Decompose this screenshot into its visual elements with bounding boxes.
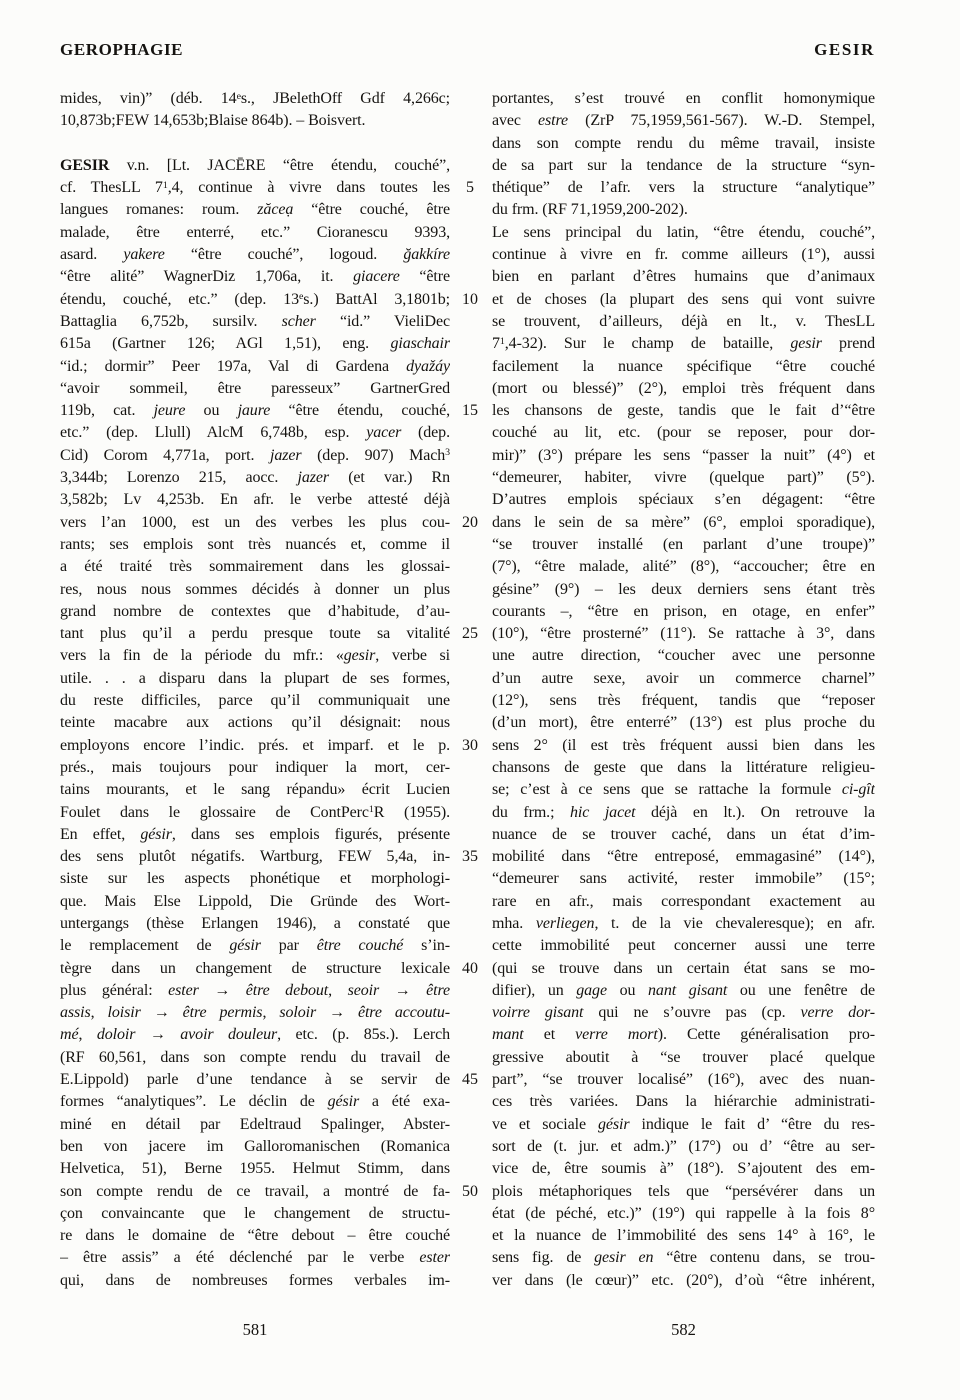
text-line: état (de péché, etc.)” (19°) qui rappell… bbox=[492, 1203, 875, 1225]
text-line: untergangs (thèse Erlangen 1946), a cons… bbox=[60, 913, 450, 935]
text-line: “demeurer sans activité, rester immobile… bbox=[492, 868, 875, 890]
text-line: son compte rendu de ce travail, a montré… bbox=[60, 1181, 450, 1203]
text-line: tant plus qu’il a perdu presque toute sa… bbox=[60, 623, 450, 645]
text-line: gésine” (9°) – les deux derniers sens ét… bbox=[492, 579, 875, 601]
text-line: bien en parlant d’êtres humains que d’an… bbox=[492, 266, 875, 288]
line-number: 50 bbox=[446, 1181, 494, 1203]
text-line: étendu, couché, etc.” (dep. 13es.) BattA… bbox=[60, 289, 450, 311]
page-number-right: 582 bbox=[492, 1320, 875, 1340]
text-line: mir)” (3°) prépare les sens “passer la n… bbox=[492, 445, 875, 467]
text-line: (d’un mort), être enterré” (13°) est plu… bbox=[492, 712, 875, 734]
text-line: (10°), “être prosterné” (11°). Se rattac… bbox=[492, 623, 875, 645]
blank-line bbox=[60, 133, 450, 155]
text-line: Foulet dans le glossaire de ContPerc1R (… bbox=[60, 802, 450, 824]
line-number-gutter: 5101520253035404550 bbox=[446, 88, 494, 1293]
text-line: Cid) Corom 4,771a, port. jazer (dep. 907… bbox=[60, 445, 450, 467]
line-number: 15 bbox=[446, 400, 494, 422]
text-line: facilement la nuance spécifique “être co… bbox=[492, 356, 875, 378]
text-line: prés., mais toujours pour indiquer la mo… bbox=[60, 757, 450, 779]
text-line: 3,582b; Lv 4,253b. En afr. le verbe atte… bbox=[60, 489, 450, 511]
text-line: Le sens principal du latin, “être étendu… bbox=[492, 222, 875, 244]
text-line: 615a (Gartner 126; AGl 1,51), eng. giasc… bbox=[60, 333, 450, 355]
text-line: vers la fin de la période du mfr.: «gesi… bbox=[60, 645, 450, 667]
text-line: qui, dans de nombreuses formes verbales … bbox=[60, 1270, 450, 1292]
text-line: (qui se trouve dans un certain état sans… bbox=[492, 958, 875, 980]
dictionary-page-scan: GEROPHAGIE GESIR mides, vin)” (déb. 14es… bbox=[0, 0, 960, 1400]
text-line: du frm.; hic jacet déjà en lt.). On retr… bbox=[492, 802, 875, 824]
text-line: le remplacement de gésir par être couché… bbox=[60, 935, 450, 957]
text-line: assis, loisir → être permis, soloir → êt… bbox=[60, 1002, 450, 1024]
text-line: du reste difficiles, parce qu’il communi… bbox=[60, 690, 450, 712]
line-number: 30 bbox=[446, 735, 494, 757]
text-line: se; c’est à ce sens que se rattache la f… bbox=[492, 779, 875, 801]
text-line: ces très variées. Dans la hiérarchie adm… bbox=[492, 1091, 875, 1113]
text-line: chansons de geste que dans la littératur… bbox=[492, 757, 875, 779]
text-line: gressive aboutit à “se trouver placé que… bbox=[492, 1047, 875, 1069]
text-line: siste sur les aspects phonétique et morp… bbox=[60, 868, 450, 890]
line-number: 10 bbox=[446, 289, 494, 311]
line-number: 45 bbox=[446, 1069, 494, 1091]
text-line: et la nuance de l’immobilité des sens 14… bbox=[492, 1225, 875, 1247]
left-text-column: mides, vin)” (déb. 14es., JBelethOff Gdf… bbox=[60, 88, 450, 1292]
text-line: mé, doloir → avoir douleur, etc. (p. 85s… bbox=[60, 1024, 450, 1046]
text-line: çon convaincante que le changement de st… bbox=[60, 1203, 450, 1225]
text-line: une autre direction, “coucher avec une p… bbox=[492, 645, 875, 667]
text-line: 119b, cat. jeure ou jaure “être étendu, … bbox=[60, 400, 450, 422]
text-line: nuance de se trouver caché, dans un état… bbox=[492, 824, 875, 846]
right-text-column: portantes, s’est trouvé en conflit homon… bbox=[492, 88, 875, 1292]
text-line: cette immobilité peut concerner aussi un… bbox=[492, 935, 875, 957]
text-line: que. Mais Else Lippold, Die Gründe des W… bbox=[60, 891, 450, 913]
text-line: difier), un gage ou nant gisant ou une f… bbox=[492, 980, 875, 1002]
text-line: utile. . . a disparu dans la plupart de … bbox=[60, 668, 450, 690]
text-line: plus général: ester → être debout, seoir… bbox=[60, 980, 450, 1002]
text-line: ben von jacere im Galloromanischen (Roma… bbox=[60, 1136, 450, 1158]
text-line: mant et verre mort). Cette généralisatio… bbox=[492, 1024, 875, 1046]
text-line: 71,4-32). Sur le champ de bataille, gesi… bbox=[492, 333, 875, 355]
text-line: etc.” (dep. Llull) AlcM 6,748b, esp. yac… bbox=[60, 422, 450, 444]
page-number-left: 581 bbox=[60, 1320, 450, 1340]
text-line: formes “analytiques”. Le déclin de gésir… bbox=[60, 1091, 450, 1113]
text-line: 3,344b; Lorenzo 215, aocc. jazer (et var… bbox=[60, 467, 450, 489]
text-line: ve et sociale gésir indique le fait d’ “… bbox=[492, 1114, 875, 1136]
text-line: avec estre (ZrP 75,1959,561-567). W.-D. … bbox=[492, 110, 875, 132]
text-line: “avoir sommeil, être paresseux” GartnerG… bbox=[60, 378, 450, 400]
text-line: d’un autre sexe, avoir un commerce charn… bbox=[492, 668, 875, 690]
text-line: En effet, gésir, dans ses emplois figuré… bbox=[60, 824, 450, 846]
text-line: miné en détail par Edeltraud Spalinger, … bbox=[60, 1114, 450, 1136]
running-head-left: GEROPHAGIE bbox=[60, 40, 183, 60]
text-line: res, nous nous sommes décidés à donner u… bbox=[60, 579, 450, 601]
text-line: langues romanes: roum. zăceạ “être couch… bbox=[60, 199, 450, 221]
text-line: tègre dans un changement de structure le… bbox=[60, 958, 450, 980]
text-line: 10,873b;FEW 14,653b;Blaise 864b). – Bois… bbox=[60, 110, 450, 132]
line-number: 40 bbox=[446, 958, 494, 980]
text-line: plois métaphoriques tels que “persévérer… bbox=[492, 1181, 875, 1203]
text-line: re dans le domaine de “être debout – êtr… bbox=[60, 1225, 450, 1247]
text-line: continue à vivre en fr. comme ailleurs (… bbox=[492, 244, 875, 266]
text-line: ver dans (le cœur)” etc. (20°), d’où “êt… bbox=[492, 1270, 875, 1292]
text-line: sort de (t. jur. et adm.)” (17°) ou d’ “… bbox=[492, 1136, 875, 1158]
text-line: couché au lit, etc. (pour se reposer, po… bbox=[492, 422, 875, 444]
text-line: vice de, être soumis à” (18°). S’ajouten… bbox=[492, 1158, 875, 1180]
text-line: a été traité très sommairement dans les … bbox=[60, 556, 450, 578]
text-line: (mort ou blessé)” (2°), emploi très fréq… bbox=[492, 378, 875, 400]
text-line: GESIR v.n. [Lt. JACĒRE “être étendu, cou… bbox=[60, 155, 450, 177]
text-line: malade, être enterré, etc.” Cioranescu 9… bbox=[60, 222, 450, 244]
text-line: employons encore l’indic. prés. et impar… bbox=[60, 735, 450, 757]
text-line: thétique” de l’afr. vers la structure “a… bbox=[492, 177, 875, 199]
text-line: “id.; dormir” Peer 197a, Val di Gardena … bbox=[60, 356, 450, 378]
text-line: rants; ses emplois sont très nuancés et,… bbox=[60, 534, 450, 556]
text-line: sens 2° (il est très fréquent aussi bien… bbox=[492, 735, 875, 757]
text-line: teinte macabre aux actions qu’il désigna… bbox=[60, 712, 450, 734]
text-line: rare en afr., mais correspondant exactem… bbox=[492, 891, 875, 913]
text-line: tains mourants, et le sang répandu» écri… bbox=[60, 779, 450, 801]
text-line: – être assis” a été déclenché par le ver… bbox=[60, 1247, 450, 1269]
text-line: part”, “se trouver localisé” (16°), avec… bbox=[492, 1069, 875, 1091]
text-line: D’autres emplois spéciaux s’en dégagent:… bbox=[492, 489, 875, 511]
text-line: “demeurer, habiter, vivre (quelque part)… bbox=[492, 467, 875, 489]
text-line: “se trouver installé (en parlant d’une t… bbox=[492, 534, 875, 556]
text-line: et de choses (la plupart des sens qui vo… bbox=[492, 289, 875, 311]
line-number: 20 bbox=[446, 512, 494, 534]
text-line: mha. verliegen, t. de la vie chevaleresq… bbox=[492, 913, 875, 935]
text-line: de sa part sur la tendance de la structu… bbox=[492, 155, 875, 177]
line-number: 35 bbox=[446, 846, 494, 868]
text-line: grand nombre de contextes que d’habitude… bbox=[60, 601, 450, 623]
running-head-right: GESIR bbox=[492, 40, 875, 60]
text-line: sens fig. de gesir en “être contenu dans… bbox=[492, 1247, 875, 1269]
text-line: du frm. (RF 71,1959,200-202). bbox=[492, 199, 875, 221]
text-line: portantes, s’est trouvé en conflit homon… bbox=[492, 88, 875, 110]
text-line: courants –, “être en prison, en otage, e… bbox=[492, 601, 875, 623]
text-line: Battaglia 6,752b, sursilv. scher “id.” V… bbox=[60, 311, 450, 333]
text-line: se trouvent, d’ailleurs, déjà en lt., v.… bbox=[492, 311, 875, 333]
text-line: les chansons de geste, tandis que le fai… bbox=[492, 400, 875, 422]
text-line: voirre gisant qui ne s’ouvre pas (cp. ve… bbox=[492, 1002, 875, 1024]
text-line: “être alité” WagnerDiz 1,706a, it. giace… bbox=[60, 266, 450, 288]
line-number: 25 bbox=[446, 623, 494, 645]
text-line: Helvetica, 51), Berne 1955. Helmut Stimm… bbox=[60, 1158, 450, 1180]
text-line: mides, vin)” (déb. 14es., JBelethOff Gdf… bbox=[60, 88, 450, 110]
text-line: asard. yakere “être couché”, logoud. ğak… bbox=[60, 244, 450, 266]
text-line: cf. ThesLL 71,4, continue à vivre dans t… bbox=[60, 177, 450, 199]
text-line: dans le sein de sa mère” (6°, emploi spo… bbox=[492, 512, 875, 534]
text-line: (RF 60,561, dans son compte rendu du tra… bbox=[60, 1047, 450, 1069]
text-line: dans son compte rendu du même travail, i… bbox=[492, 133, 875, 155]
text-line: E.Lippold) parle d’une tendance à se ser… bbox=[60, 1069, 450, 1091]
text-line: vers l’an 1000, est un des verbes les pl… bbox=[60, 512, 450, 534]
text-line: des sens plutôt négatifs. Wartburg, FEW … bbox=[60, 846, 450, 868]
text-line: (7°), “être malade, alité” (8°), “accouc… bbox=[492, 556, 875, 578]
text-line: (12°), sens très fréquent, tandis que “r… bbox=[492, 690, 875, 712]
line-number: 5 bbox=[446, 177, 494, 199]
text-line: mobilité dans “être entreposé, emmagasin… bbox=[492, 846, 875, 868]
